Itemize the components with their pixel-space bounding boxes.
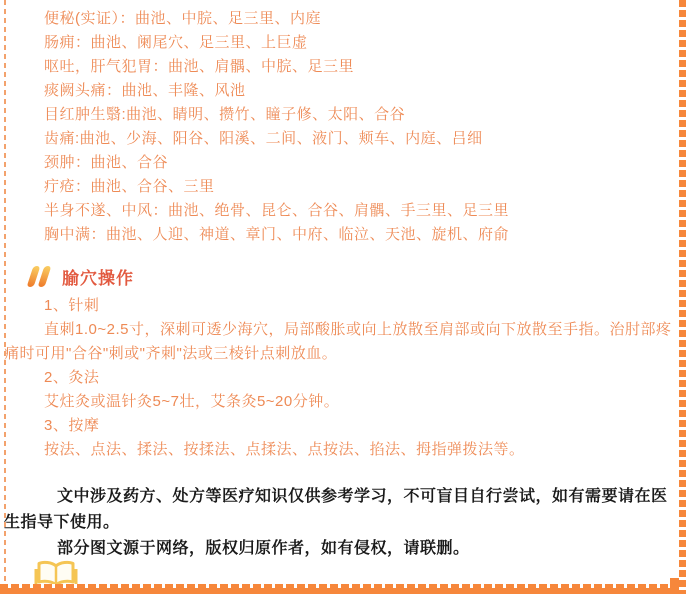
section-header: 腧穴操作 bbox=[4, 263, 682, 290]
disclaimer-line: 部分图文源于网络，版权归原作者，如有侵权，请联删。 bbox=[4, 536, 682, 562]
indications-list: 便秘(实证）：曲池、中脘、足三里、内庭 肠痈：曲池、阑尾穴、足三里、上巨虚 呕吐… bbox=[4, 0, 682, 247]
indication-line: 齿痛:曲池、少海、阳谷、阳溪、二间、液门、颊车、内庭、吕细 bbox=[4, 127, 682, 151]
indication-line: 呕吐，肝气犯胃：曲池、肩髃、中脘、足三里 bbox=[4, 55, 682, 79]
operation-step-title: 3、按摩 bbox=[4, 414, 682, 438]
indication-line: 痰阙头痛：曲池、丰隆、风池 bbox=[4, 79, 682, 103]
indication-line: 颈肿：曲池、合谷 bbox=[4, 151, 682, 175]
operation-step-body: 按法、点法、揉法、按揉法、点揉法、点按法、掐法、拇指弹拨法等。 bbox=[4, 438, 682, 462]
disclaimer: 文中涉及药方、处方等医疗知识仅供参考学习，不可盲目自行尝试，如有需要请在医生指导… bbox=[4, 484, 682, 562]
indication-line: 疔疮：曲池、合谷、三里 bbox=[4, 175, 682, 199]
indication-line: 肠痈：曲池、阑尾穴、足三里、上巨虚 bbox=[4, 31, 682, 55]
right-dashed-border bbox=[679, 0, 686, 594]
operation-step-body: 艾炷灸或温针灸5~7壮，艾条灸5~20分钟。 bbox=[4, 390, 682, 414]
disclaimer-line: 文中涉及药方、处方等医疗知识仅供参考学习，不可盲目自行尝试，如有需要请在医生指导… bbox=[4, 484, 682, 536]
operation-paragraphs: 1、针刺 直刺1.0~2.5寸，深刺可透少海穴，局部酸胀或向上放散至肩部或向下放… bbox=[4, 294, 682, 462]
indication-line: 胸中满：曲池、人迎、神道、章门、中府、临泣、天池、旋机、府俞 bbox=[4, 223, 682, 247]
indication-line: 目红肿生翳:曲池、睛明、攒竹、瞳子修、太阳、合谷 bbox=[4, 103, 682, 127]
operation-step-title: 1、针刺 bbox=[4, 294, 682, 318]
article-page: 便秘(实证）：曲池、中脘、足三里、内庭 肠痈：曲池、阑尾穴、足三里、上巨虚 呕吐… bbox=[0, 0, 686, 594]
operation-step-body: 直刺1.0~2.5寸，深刺可透少海穴，局部酸胀或向上放散至肩部或向下放散至手指。… bbox=[4, 318, 682, 366]
operation-step-title: 2、灸法 bbox=[4, 366, 682, 390]
indication-line: 便秘(实证）：曲池、中脘、足三里、内庭 bbox=[4, 7, 682, 31]
section-title: 腧穴操作 bbox=[62, 264, 134, 289]
article-content: 便秘(实证）：曲池、中脘、足三里、内庭 肠痈：曲池、阑尾穴、足三里、上巨虚 呕吐… bbox=[4, 0, 682, 593]
double-slash-icon bbox=[30, 266, 48, 287]
slash-bar-icon bbox=[38, 266, 52, 287]
left-dashed-border bbox=[4, 0, 6, 584]
indication-line: 半身不遂、中风：曲池、绝骨、昆仑、合谷、肩髃、手三里、足三里 bbox=[4, 199, 682, 223]
bottom-orange-bar bbox=[0, 588, 686, 594]
